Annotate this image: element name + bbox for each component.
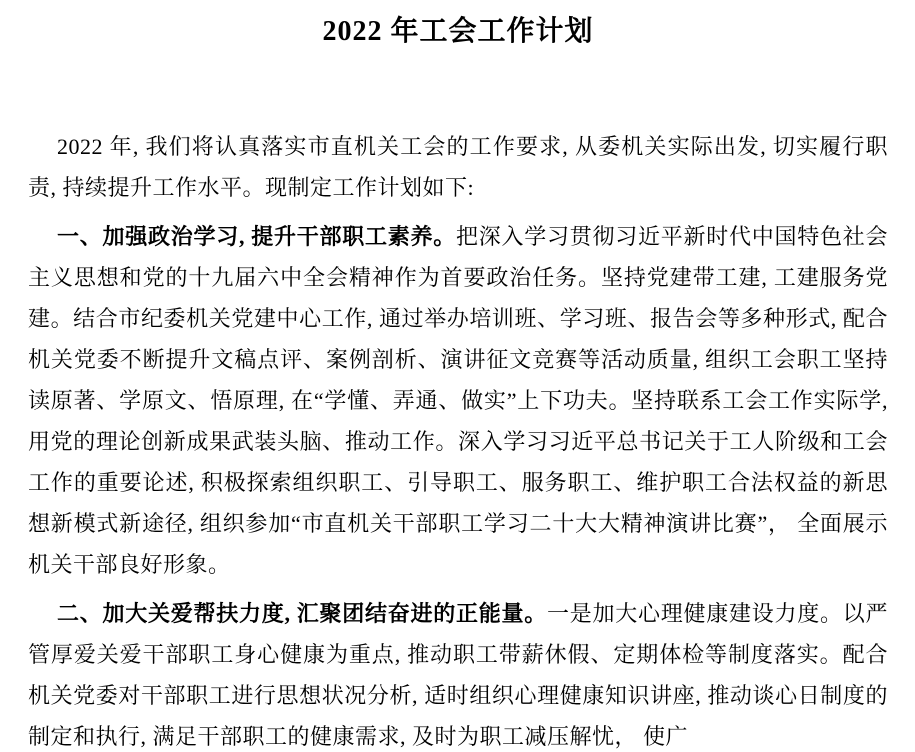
paragraph-section-1-text: 把深入学习贯彻习近平新时代中国特色社会主义思想和党的十九届六中全会精神作为首要政… (28, 224, 888, 577)
document-page: 2022 年工会工作计划 2022 年, 我们将认真落实市直机关工会的工作要求,… (0, 0, 915, 752)
paragraph-section-1: 一、加强政治学习, 提升干部职工素养。把深入学习贯彻习近平新时代中国特色社会主义… (28, 216, 888, 585)
paragraph-intro: 2022 年, 我们将认真落实市直机关工会的工作要求, 从委机关实际出发, 切实… (28, 126, 888, 208)
paragraph-section-1-heading: 一、加强政治学习, 提升干部职工素养。 (57, 224, 456, 249)
document-title: 2022 年工会工作计划 (28, 12, 888, 52)
paragraph-intro-text: 2022 年, 我们将认真落实市直机关工会的工作要求, 从委机关实际出发, 切实… (28, 134, 888, 200)
paragraph-section-2: 二、加大关爱帮扶力度, 汇聚团结奋进的正能量。一是加大心理健康建设力度。以严管厚… (28, 593, 888, 752)
paragraph-section-2-heading: 二、加大关爱帮扶力度, 汇聚团结奋进的正能量。 (57, 601, 547, 626)
